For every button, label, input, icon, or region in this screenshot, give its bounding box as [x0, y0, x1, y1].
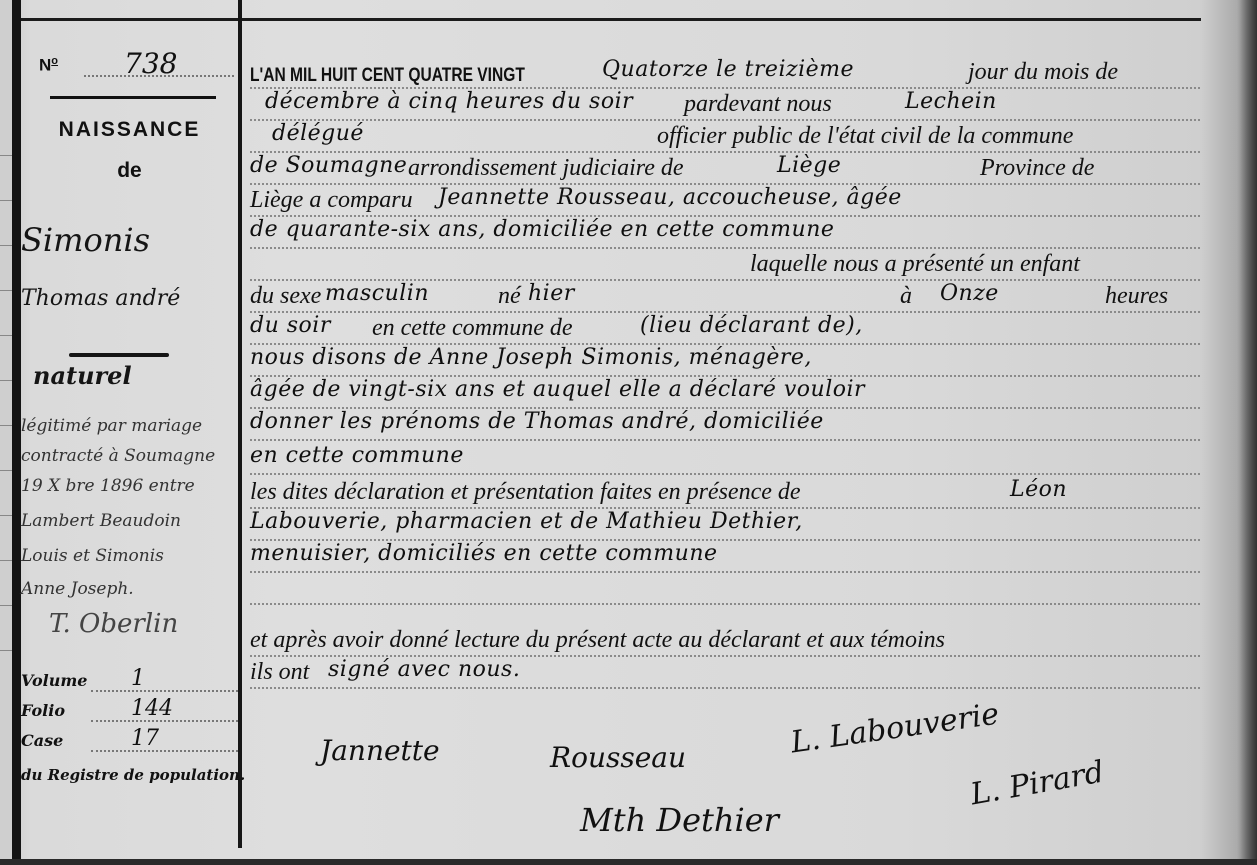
handwritten-entry: Jeannette Rousseau, accoucheuse, âgée: [438, 185, 902, 210]
act-body: Jannette Rousseau L. Labouverie Mth Deth…: [250, 21, 1210, 848]
handwritten-entry: du soir: [250, 313, 331, 338]
handwritten-entry: (lieu déclarant de),: [640, 313, 863, 338]
record-type-heading: NAISSANCE: [21, 118, 238, 142]
handwritten-entry: de Soumagne: [250, 153, 407, 178]
register-folio-value: 144: [131, 696, 173, 721]
register-page: No 738 NAISSANCE de Simonis Thomas andré…: [0, 0, 1257, 865]
printed-form-text: à: [900, 283, 912, 310]
signature: L. Labouverie: [789, 697, 1002, 761]
register-case-value: 17: [131, 726, 159, 751]
margin-column: No 738 NAISSANCE de Simonis Thomas andré…: [21, 21, 238, 848]
marginal-note-line: 19 X bre 1896 entre: [21, 476, 195, 496]
register-case-row: Case 17: [21, 731, 238, 755]
register-folio-row: Folio 144: [21, 701, 238, 725]
marginal-note-line: Anne Joseph.: [21, 579, 134, 599]
previous-page-edge: [0, 0, 12, 865]
handwritten-entry: nous disons de Anne Joseph Simonis, ména…: [250, 345, 812, 370]
birth-status: naturel: [33, 361, 132, 390]
handwritten-entry: Léon: [1010, 477, 1067, 502]
marginal-note-line: légitimé par mariage: [21, 416, 202, 436]
register-volume-value: 1: [131, 666, 145, 691]
signature: Jannette: [320, 734, 440, 767]
printed-form-text: Province de: [980, 155, 1094, 182]
act-number-row: No 738: [39, 49, 234, 81]
printed-form-text: jour du mois de: [968, 59, 1118, 86]
printed-form-text: officier public de l'état civil de la co…: [657, 123, 1073, 150]
book-spine-rule: [12, 0, 21, 865]
handwritten-entry: de quarante-six ans, domiciliée en cette…: [250, 217, 834, 242]
act-line: [250, 569, 1200, 609]
printed-form-text: arrondissement judiciaire de: [408, 155, 684, 182]
handwritten-entry: Labouverie, pharmacien et de Mathieu Det…: [250, 509, 803, 534]
signature: L. Pirard: [968, 755, 1107, 813]
handwritten-entry: décembre à cinq heures du soir: [265, 89, 633, 114]
column-divider: [238, 0, 242, 848]
handwritten-entry: Liège: [777, 153, 841, 178]
marginal-note-line: Louis et Simonis: [21, 546, 164, 566]
printed-form-text: heures: [1105, 283, 1168, 310]
register-volume-row: Volume 1: [21, 671, 238, 695]
record-type-de: de: [21, 159, 238, 183]
marginal-note-signature: T. Oberlin: [49, 609, 178, 639]
printed-form-text: né: [498, 283, 521, 310]
printed-form-text: en cette commune de: [372, 315, 573, 342]
handwritten-entry: en cette commune: [250, 443, 464, 468]
handwritten-entry: délégué: [272, 121, 364, 146]
handwritten-entry: âgée de vingt-six ans et auquel elle a d…: [250, 377, 865, 402]
handwritten-entry: signé avec nous.: [328, 657, 520, 682]
page-bottom-edge: [0, 859, 1257, 865]
act-number-label: No: [39, 55, 58, 76]
signature: Mth Dethier: [580, 801, 779, 839]
act-number-value: 738: [124, 47, 177, 80]
printed-form-text: Liège a comparu: [250, 187, 413, 214]
flourish-line: [69, 353, 169, 357]
page-gutter-shadow: [1237, 0, 1257, 865]
printed-form-text: pardevant nous: [684, 91, 832, 118]
register-footer: du Registre de population.: [21, 766, 245, 784]
handwritten-entry: Lechein: [905, 89, 997, 114]
marginal-note-line: Lambert Beaudoin: [21, 511, 181, 531]
marginal-note-line: contracté à Soumagne: [21, 446, 215, 466]
printed-form-text: ils ont: [250, 659, 309, 686]
printed-form-text: L'AN MIL HUIT CENT QUATRE VINGT: [250, 65, 525, 87]
signature: Rousseau: [550, 741, 686, 774]
printed-form-text: les dites déclaration et présentation fa…: [250, 479, 801, 506]
printed-form-text: laquelle nous a présenté un enfant: [750, 251, 1080, 278]
handwritten-entry: Onze: [940, 281, 999, 306]
handwritten-entry: hier: [528, 281, 575, 306]
printed-form-text: du sexe: [250, 283, 321, 310]
act-line: ils ontsigné avec nous.: [250, 653, 1200, 693]
heading-rule: [50, 96, 216, 99]
handwritten-entry: Quatorze le treizième: [602, 57, 854, 82]
handwritten-entry: masculin: [325, 281, 429, 306]
printed-form-text: et après avoir donné lecture du présent …: [250, 627, 945, 654]
child-given-names: Thomas andré: [21, 286, 180, 311]
handwritten-entry: menuisier, domiciliés en cette commune: [250, 541, 718, 566]
child-surname: Simonis: [21, 221, 150, 259]
handwritten-entry: donner les prénoms de Thomas andré, domi…: [250, 409, 824, 434]
signatures-block: Jannette Rousseau L. Labouverie Mth Deth…: [250, 696, 1210, 846]
